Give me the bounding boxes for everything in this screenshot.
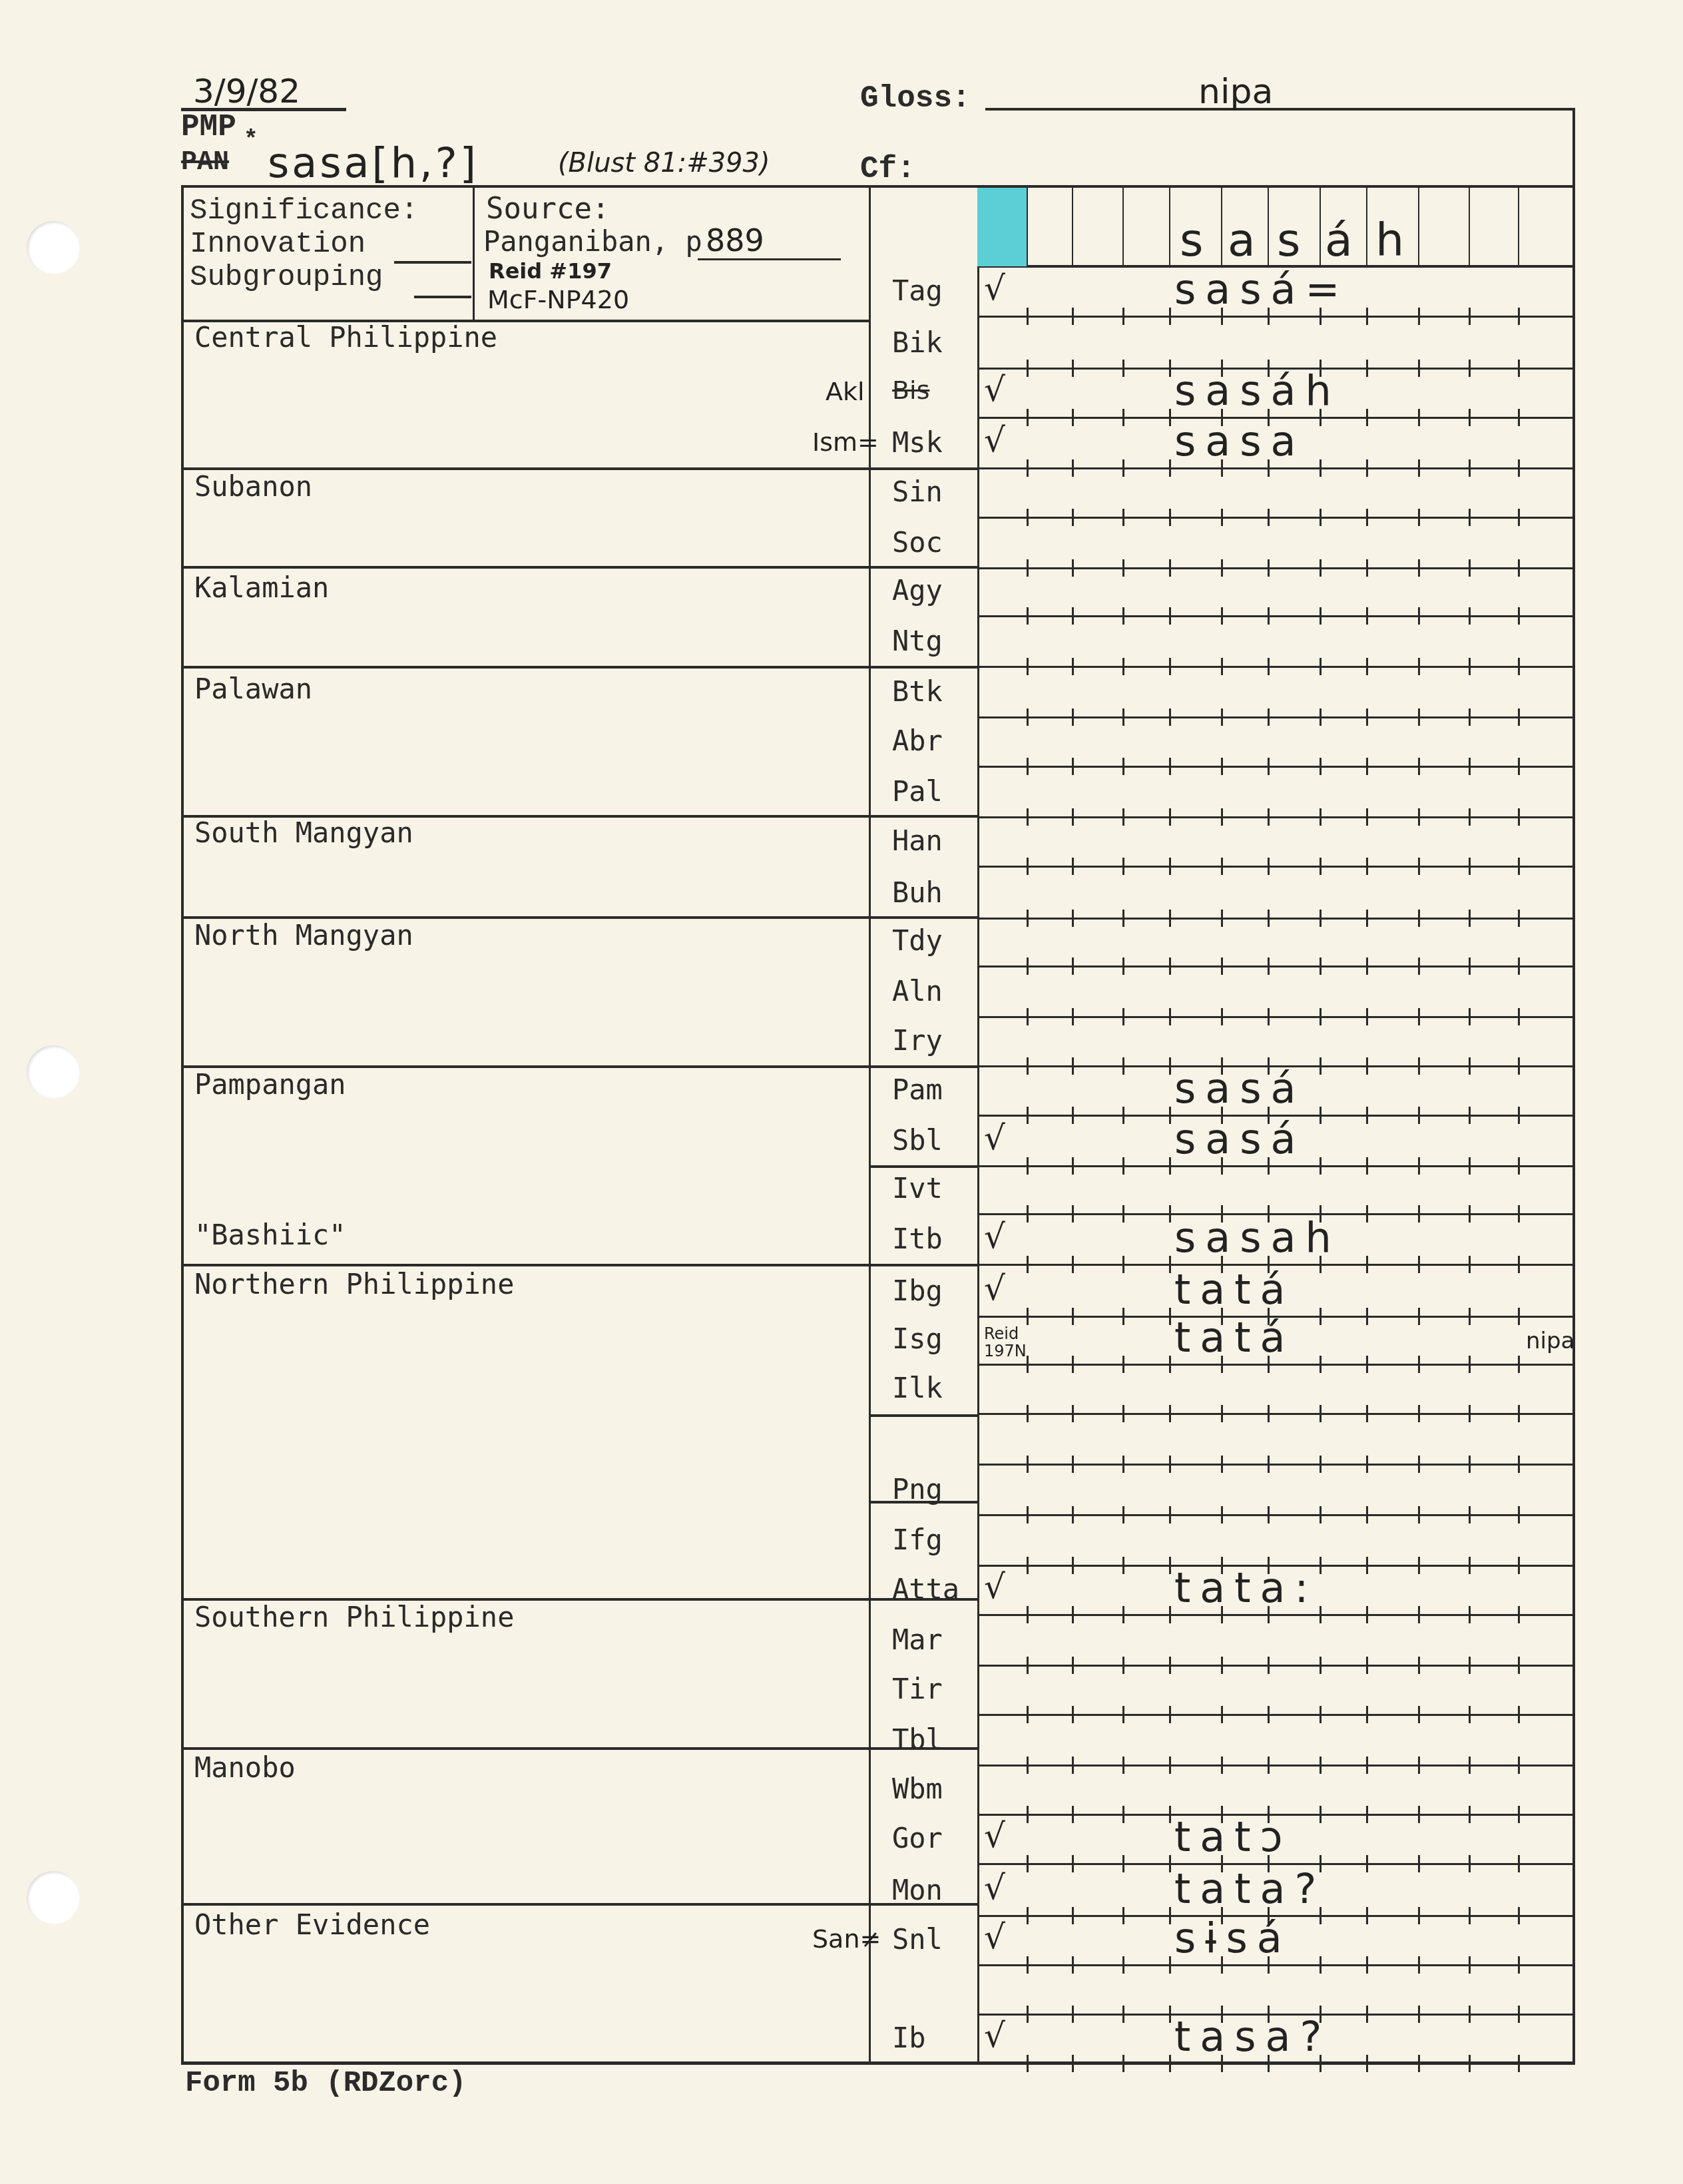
segment-tick xyxy=(1268,509,1270,526)
cognate-check[interactable]: √ xyxy=(984,1269,1005,1308)
segment-tick xyxy=(1169,1057,1171,1075)
group-subanon: Subanon xyxy=(194,470,312,503)
segment-tick xyxy=(1072,1256,1074,1273)
group-manobo: Manobo xyxy=(194,1751,296,1784)
segment-tick xyxy=(1072,1557,1074,1574)
segment-tick xyxy=(1169,1557,1171,1574)
segment-tick xyxy=(1469,2055,1471,2072)
reflex-form[interactable]: tasa? xyxy=(1174,2012,1331,2061)
segment-tick xyxy=(1320,758,1322,775)
segment-tick xyxy=(1366,360,1368,377)
segment-tick xyxy=(1320,1956,1322,1974)
segment-tick xyxy=(1072,607,1074,625)
segment-tick xyxy=(1072,1606,1074,1623)
segment-tick xyxy=(1027,858,1029,875)
segment-tick xyxy=(1122,708,1124,726)
cognate-check[interactable]: √ xyxy=(984,421,1005,459)
segment-tick xyxy=(1469,858,1471,875)
struck-protolanguage: PAN xyxy=(181,148,229,178)
segment-tick xyxy=(1366,1657,1368,1674)
segment-tick xyxy=(1518,858,1520,875)
segment-tick xyxy=(1418,1956,1420,1974)
reflex-form[interactable]: sasa xyxy=(1174,417,1306,465)
segment-tick xyxy=(1469,658,1471,675)
segment-tick xyxy=(1027,957,1029,975)
significance-divider xyxy=(473,185,475,321)
segment-tick xyxy=(1518,1157,1520,1175)
punch-hole xyxy=(27,1871,80,1924)
header-seg: a xyxy=(1228,214,1256,267)
group-bashiic: "Bashiic" xyxy=(194,1219,346,1251)
segment-tick xyxy=(1169,858,1171,875)
segment-tick xyxy=(1169,509,1171,526)
segment-tick xyxy=(1418,910,1420,927)
segment-tick xyxy=(1320,957,1322,975)
segment-tick xyxy=(1221,559,1223,577)
asterisk: * xyxy=(244,127,258,154)
language-code: Msk xyxy=(892,426,943,459)
group-separator xyxy=(869,1414,979,1417)
segment-tick xyxy=(1027,1057,1029,1075)
segment-tick xyxy=(1221,808,1223,826)
segment-tick xyxy=(1518,1907,1520,1924)
group-north-mangyan: North Mangyan xyxy=(194,919,413,952)
segment-tick xyxy=(1518,808,1520,826)
grid-line xyxy=(1169,188,1170,266)
segment-tick xyxy=(1122,1706,1124,1723)
segment-tick xyxy=(1122,1907,1124,1924)
segment-tick xyxy=(1320,1107,1322,1124)
reflex-form[interactable]: sɨsá xyxy=(1174,1914,1292,1962)
reflex-form[interactable]: sasá xyxy=(1174,1115,1306,1163)
language-code: Sbl xyxy=(892,1124,943,1157)
segment-tick xyxy=(1169,1907,1171,1924)
reflex-form[interactable]: sasá= xyxy=(1174,265,1349,314)
language-code: Ib xyxy=(892,2022,926,2054)
segment-tick xyxy=(1221,957,1223,975)
segment-tick xyxy=(1469,360,1471,377)
row-baseline xyxy=(979,1165,1574,1167)
segment-tick xyxy=(1268,858,1270,875)
segment-tick xyxy=(1320,559,1322,577)
segment-tick xyxy=(1418,2055,1420,2072)
segment-tick xyxy=(1027,1855,1029,1872)
source-page[interactable]: 889 xyxy=(706,222,764,258)
segment-tick xyxy=(1469,1157,1471,1175)
segment-tick xyxy=(1072,1956,1074,1974)
cognate-check[interactable]: √ xyxy=(984,370,1005,409)
segment-tick xyxy=(1469,1706,1471,1723)
language-code: Pal xyxy=(892,775,943,808)
segment-tick xyxy=(1320,1157,1322,1175)
segment-tick xyxy=(1418,1806,1420,1823)
reconstruction: sasa[h,?] xyxy=(268,138,479,187)
segment-tick xyxy=(1221,1757,1223,1774)
header-seg: s xyxy=(1277,214,1300,267)
cf-label: Cf: xyxy=(860,152,915,186)
segment-tick xyxy=(1169,1806,1171,1823)
grid-line xyxy=(1221,188,1222,266)
segment-tick xyxy=(1469,1855,1471,1872)
segment-tick xyxy=(1418,658,1420,675)
segment-tick xyxy=(1122,1557,1124,1574)
segment-tick xyxy=(1469,308,1471,325)
segment-tick xyxy=(1122,1107,1124,1124)
segment-tick xyxy=(1320,1757,1322,1774)
segment-tick xyxy=(1366,1855,1368,1872)
group-separator xyxy=(181,1903,979,1906)
segment-tick xyxy=(1221,1456,1223,1473)
lang-column-left xyxy=(869,185,871,2063)
row-baseline xyxy=(979,766,1574,768)
segment-tick xyxy=(1027,1008,1029,1025)
segment-tick xyxy=(1469,910,1471,927)
segment-tick xyxy=(1320,858,1322,875)
row-baseline xyxy=(979,666,1574,668)
segment-tick xyxy=(1169,607,1171,625)
reflex-form[interactable]: tatɔ xyxy=(1174,1812,1292,1861)
segment-tick xyxy=(1072,658,1074,675)
cf-box-right xyxy=(1572,108,1575,188)
punch-hole xyxy=(27,1045,80,1099)
row-baseline xyxy=(979,1714,1574,1716)
segment-tick xyxy=(1320,910,1322,927)
form-id: Form 5b (RDZorc) xyxy=(185,2067,466,2100)
segment-tick xyxy=(1418,360,1420,377)
row-baseline xyxy=(979,866,1574,868)
language-code: Han xyxy=(892,824,943,857)
reflex-form[interactable]: tatá xyxy=(1174,1313,1295,1362)
segment-tick xyxy=(1268,1405,1270,1422)
segment-tick xyxy=(1169,910,1171,927)
segment-tick xyxy=(1320,1706,1322,1723)
segment-tick xyxy=(1268,559,1270,577)
segment-tick xyxy=(1268,1008,1270,1025)
segment-tick xyxy=(1072,509,1074,526)
segment-tick xyxy=(1366,1256,1368,1273)
segment-tick xyxy=(1418,1657,1420,1674)
segment-tick xyxy=(1122,1057,1124,1075)
segment-tick xyxy=(1320,459,1322,477)
segment-tick xyxy=(1221,1706,1223,1723)
segment-tick xyxy=(1320,1405,1322,1422)
segment-tick xyxy=(1366,1806,1368,1823)
segment-tick xyxy=(1518,1706,1520,1723)
segment-tick xyxy=(1518,1107,1520,1124)
segment-tick xyxy=(1072,1657,1074,1674)
row-baseline xyxy=(979,467,1574,469)
group-separator xyxy=(181,1264,979,1266)
segment-tick xyxy=(1027,409,1029,426)
segment-tick xyxy=(1469,459,1471,477)
row-baseline xyxy=(979,517,1574,519)
segment-tick xyxy=(1122,1308,1124,1325)
segment-tick xyxy=(1366,910,1368,927)
segment-tick xyxy=(1122,1356,1124,1373)
language-code: Isg xyxy=(892,1322,943,1355)
segment-tick xyxy=(1469,1557,1471,1574)
segment-tick xyxy=(1418,559,1420,577)
language-code: Tag xyxy=(892,274,943,307)
reflex-form[interactable]: sasá xyxy=(1174,1064,1306,1113)
segment-tick xyxy=(1320,1456,1322,1473)
segment-tick xyxy=(1027,459,1029,477)
segment-tick xyxy=(1469,1057,1471,1075)
segment-tick xyxy=(1518,957,1520,975)
segment-tick xyxy=(1122,1157,1124,1175)
row-baseline xyxy=(979,316,1574,318)
cognate-check[interactable]: √ xyxy=(984,269,1005,308)
group-northern-philippine: Northern Philippine xyxy=(194,1268,514,1300)
reflex-form[interactable]: tatá xyxy=(1174,1265,1295,1314)
segment-tick xyxy=(1518,1356,1520,1373)
segment-tick xyxy=(1518,1806,1520,1823)
segment-tick xyxy=(1469,1256,1471,1273)
segment-tick xyxy=(1072,2006,1074,2023)
segment-tick xyxy=(1320,1308,1322,1325)
segment-tick xyxy=(1418,708,1420,726)
language-code: Atta xyxy=(892,1573,959,1605)
segment-tick xyxy=(1418,308,1420,325)
segment-tick xyxy=(1169,1706,1171,1723)
segment-tick xyxy=(1027,1907,1029,1924)
segment-tick xyxy=(1072,1057,1074,1075)
segment-tick xyxy=(1027,758,1029,775)
segment-tick xyxy=(1320,1506,1322,1523)
segment-tick xyxy=(1469,2006,1471,2023)
highlight-cell xyxy=(977,188,1027,266)
segment-tick xyxy=(1469,1757,1471,1774)
segment-tick xyxy=(1072,858,1074,875)
segment-tick xyxy=(1518,509,1520,526)
segment-tick xyxy=(1027,808,1029,826)
group-separator xyxy=(181,1065,979,1068)
segment-tick xyxy=(1169,1657,1171,1674)
row-baseline xyxy=(979,1514,1574,1516)
cognate-check[interactable]: √ xyxy=(984,1217,1005,1256)
segment-tick xyxy=(1469,607,1471,625)
segment-tick xyxy=(1122,1405,1124,1422)
segment-tick xyxy=(1027,1956,1029,1974)
segment-tick xyxy=(1027,1107,1029,1124)
segment-tick xyxy=(1122,1256,1124,1273)
segment-tick xyxy=(1268,957,1270,975)
cognate-check[interactable]: √ xyxy=(984,1567,1005,1606)
segment-tick xyxy=(1169,1356,1171,1373)
language-code: Abr xyxy=(892,724,943,757)
reflex-form[interactable]: sasáh xyxy=(1174,366,1341,415)
segment-tick xyxy=(1366,509,1368,526)
grid-line xyxy=(1027,188,1028,266)
cognate-check[interactable]: Reid 197N xyxy=(984,1325,1031,1360)
segment-tick xyxy=(1518,1757,1520,1774)
segment-tick xyxy=(1366,1107,1368,1124)
language-code: Mon xyxy=(892,1874,943,1906)
row-baseline xyxy=(979,1765,1574,1767)
grid-line xyxy=(1366,188,1367,266)
segment-tick xyxy=(1122,509,1124,526)
segment-tick xyxy=(1072,1806,1074,1823)
segment-tick xyxy=(1418,1456,1420,1473)
reflex-form[interactable]: sasah xyxy=(1174,1213,1341,1262)
grid-line xyxy=(1418,188,1419,266)
subgrouping-blank[interactable] xyxy=(414,296,471,298)
segment-tick xyxy=(1366,1157,1368,1175)
segment-tick xyxy=(1122,459,1124,477)
protolanguage-label: PMP xyxy=(181,110,236,144)
language-code: Tbl xyxy=(892,1723,943,1756)
language-code: Ilk xyxy=(892,1372,943,1404)
segment-tick xyxy=(1518,1657,1520,1674)
segment-tick xyxy=(1122,910,1124,927)
segment-tick xyxy=(1072,1506,1074,1523)
segment-tick xyxy=(1027,1308,1029,1325)
group-kalamian: Kalamian xyxy=(194,571,329,604)
segment-tick xyxy=(1169,1757,1171,1774)
segment-tick xyxy=(1072,1308,1074,1325)
header-seg: á xyxy=(1325,214,1353,267)
segment-tick xyxy=(1418,2006,1420,2023)
segment-tick xyxy=(1169,1256,1171,1273)
segment-tick xyxy=(1366,1956,1368,1974)
language-code: Bis xyxy=(892,376,929,405)
segment-tick xyxy=(1469,1956,1471,1974)
header-seg: s xyxy=(1180,214,1203,267)
row-baseline xyxy=(979,1413,1574,1415)
gloss-underline xyxy=(985,108,1574,111)
segment-tick xyxy=(1366,607,1368,625)
reflex-form[interactable]: tata? xyxy=(1174,1864,1326,1913)
segment-tick xyxy=(1320,1557,1322,1574)
segment-tick xyxy=(1366,1356,1368,1373)
row-baseline xyxy=(979,918,1574,920)
segment-tick xyxy=(1418,1308,1420,1325)
grid-line xyxy=(1469,188,1470,266)
segment-tick xyxy=(1169,957,1171,975)
segment-tick xyxy=(1518,1855,1520,1872)
segment-tick xyxy=(1366,1606,1368,1623)
segment-tick xyxy=(1366,2006,1368,2023)
segment-tick xyxy=(1366,1557,1368,1574)
segment-tick xyxy=(1366,957,1368,975)
innovation-blank[interactable] xyxy=(394,261,471,264)
segment-tick xyxy=(1469,1657,1471,1674)
language-code: Wbm xyxy=(892,1773,943,1805)
segment-tick xyxy=(1122,308,1124,325)
segment-tick xyxy=(1469,758,1471,775)
segment-tick xyxy=(1122,2055,1124,2072)
segment-tick xyxy=(1072,957,1074,975)
reflex-form[interactable]: tata: xyxy=(1174,1563,1318,1612)
segment-tick xyxy=(1518,1205,1520,1223)
segment-tick xyxy=(1072,1157,1074,1175)
cognate-check[interactable]: √ xyxy=(984,1816,1005,1855)
segment-tick xyxy=(1122,2006,1124,2023)
segment-tick xyxy=(1027,1757,1029,1774)
segment-tick xyxy=(1072,1356,1074,1373)
segment-tick xyxy=(1072,360,1074,377)
gloss-value[interactable]: nipa xyxy=(1198,72,1273,112)
segment-tick xyxy=(1469,1907,1471,1924)
group-pampangan: Pampangan xyxy=(194,1068,346,1101)
segment-tick xyxy=(1122,858,1124,875)
segment-tick xyxy=(1418,1008,1420,1025)
row-baseline xyxy=(979,1665,1574,1667)
segment-tick xyxy=(1122,1008,1124,1025)
segment-tick xyxy=(1072,1855,1074,1872)
cognate-check[interactable]: √ xyxy=(984,1918,1005,1956)
segment-tick xyxy=(1169,1157,1171,1175)
language-annotation: Akl xyxy=(826,377,865,406)
segment-tick xyxy=(1418,1157,1420,1175)
cognate-check[interactable]: √ xyxy=(984,1119,1005,1157)
segment-tick xyxy=(1320,1606,1322,1623)
date: 3/9/82 xyxy=(193,72,300,111)
data-column-left xyxy=(977,185,979,2063)
segment-tick xyxy=(1418,1757,1420,1774)
language-code: Tir xyxy=(892,1673,943,1705)
segment-tick xyxy=(1418,1107,1420,1124)
segment-tick xyxy=(1221,758,1223,775)
row-baseline xyxy=(979,1964,1574,1966)
segment-tick xyxy=(1518,409,1520,426)
segment-tick xyxy=(1366,858,1368,875)
segment-tick xyxy=(1221,509,1223,526)
segment-tick xyxy=(1366,1907,1368,1924)
segment-tick xyxy=(1122,559,1124,577)
segment-tick xyxy=(1072,758,1074,775)
language-code: Buh xyxy=(892,876,943,909)
segment-tick xyxy=(1027,1557,1029,1574)
cognate-check[interactable]: √ xyxy=(984,1868,1005,1907)
segment-tick xyxy=(1072,2055,1074,2072)
segment-tick xyxy=(1366,1308,1368,1325)
segment-tick xyxy=(1320,658,1322,675)
row-baseline xyxy=(979,1016,1574,1018)
segment-tick xyxy=(1418,1606,1420,1623)
cognate-check[interactable]: √ xyxy=(984,2016,1005,2055)
segment-tick xyxy=(1072,1008,1074,1025)
segment-tick xyxy=(1469,409,1471,426)
segment-tick xyxy=(1122,808,1124,826)
segment-tick xyxy=(1469,559,1471,577)
group-separator xyxy=(869,1165,979,1168)
language-code: Png xyxy=(892,1473,943,1505)
segment-tick xyxy=(1072,308,1074,325)
language-code: Ifg xyxy=(892,1523,943,1556)
group-separator xyxy=(181,666,979,669)
segment-tick xyxy=(1169,708,1171,726)
language-code: Tdy xyxy=(892,924,943,957)
segment-tick xyxy=(1027,1256,1029,1273)
segment-tick xyxy=(1320,1057,1322,1075)
segment-tick xyxy=(1320,509,1322,526)
segment-tick xyxy=(1366,1456,1368,1473)
segment-tick xyxy=(1366,1706,1368,1723)
segment-tick xyxy=(1072,1757,1074,1774)
segment-tick xyxy=(1518,758,1520,775)
segment-tick xyxy=(1072,1907,1074,1924)
language-code: Iry xyxy=(892,1024,943,1057)
segment-tick xyxy=(1268,1506,1270,1523)
segment-tick xyxy=(1366,2055,1368,2072)
segment-tick xyxy=(1469,957,1471,975)
segment-tick xyxy=(1027,607,1029,625)
segment-tick xyxy=(1418,607,1420,625)
segment-tick xyxy=(1027,360,1029,377)
group-other-evidence: Other Evidence xyxy=(194,1908,430,1941)
segment-tick xyxy=(1072,1456,1074,1473)
